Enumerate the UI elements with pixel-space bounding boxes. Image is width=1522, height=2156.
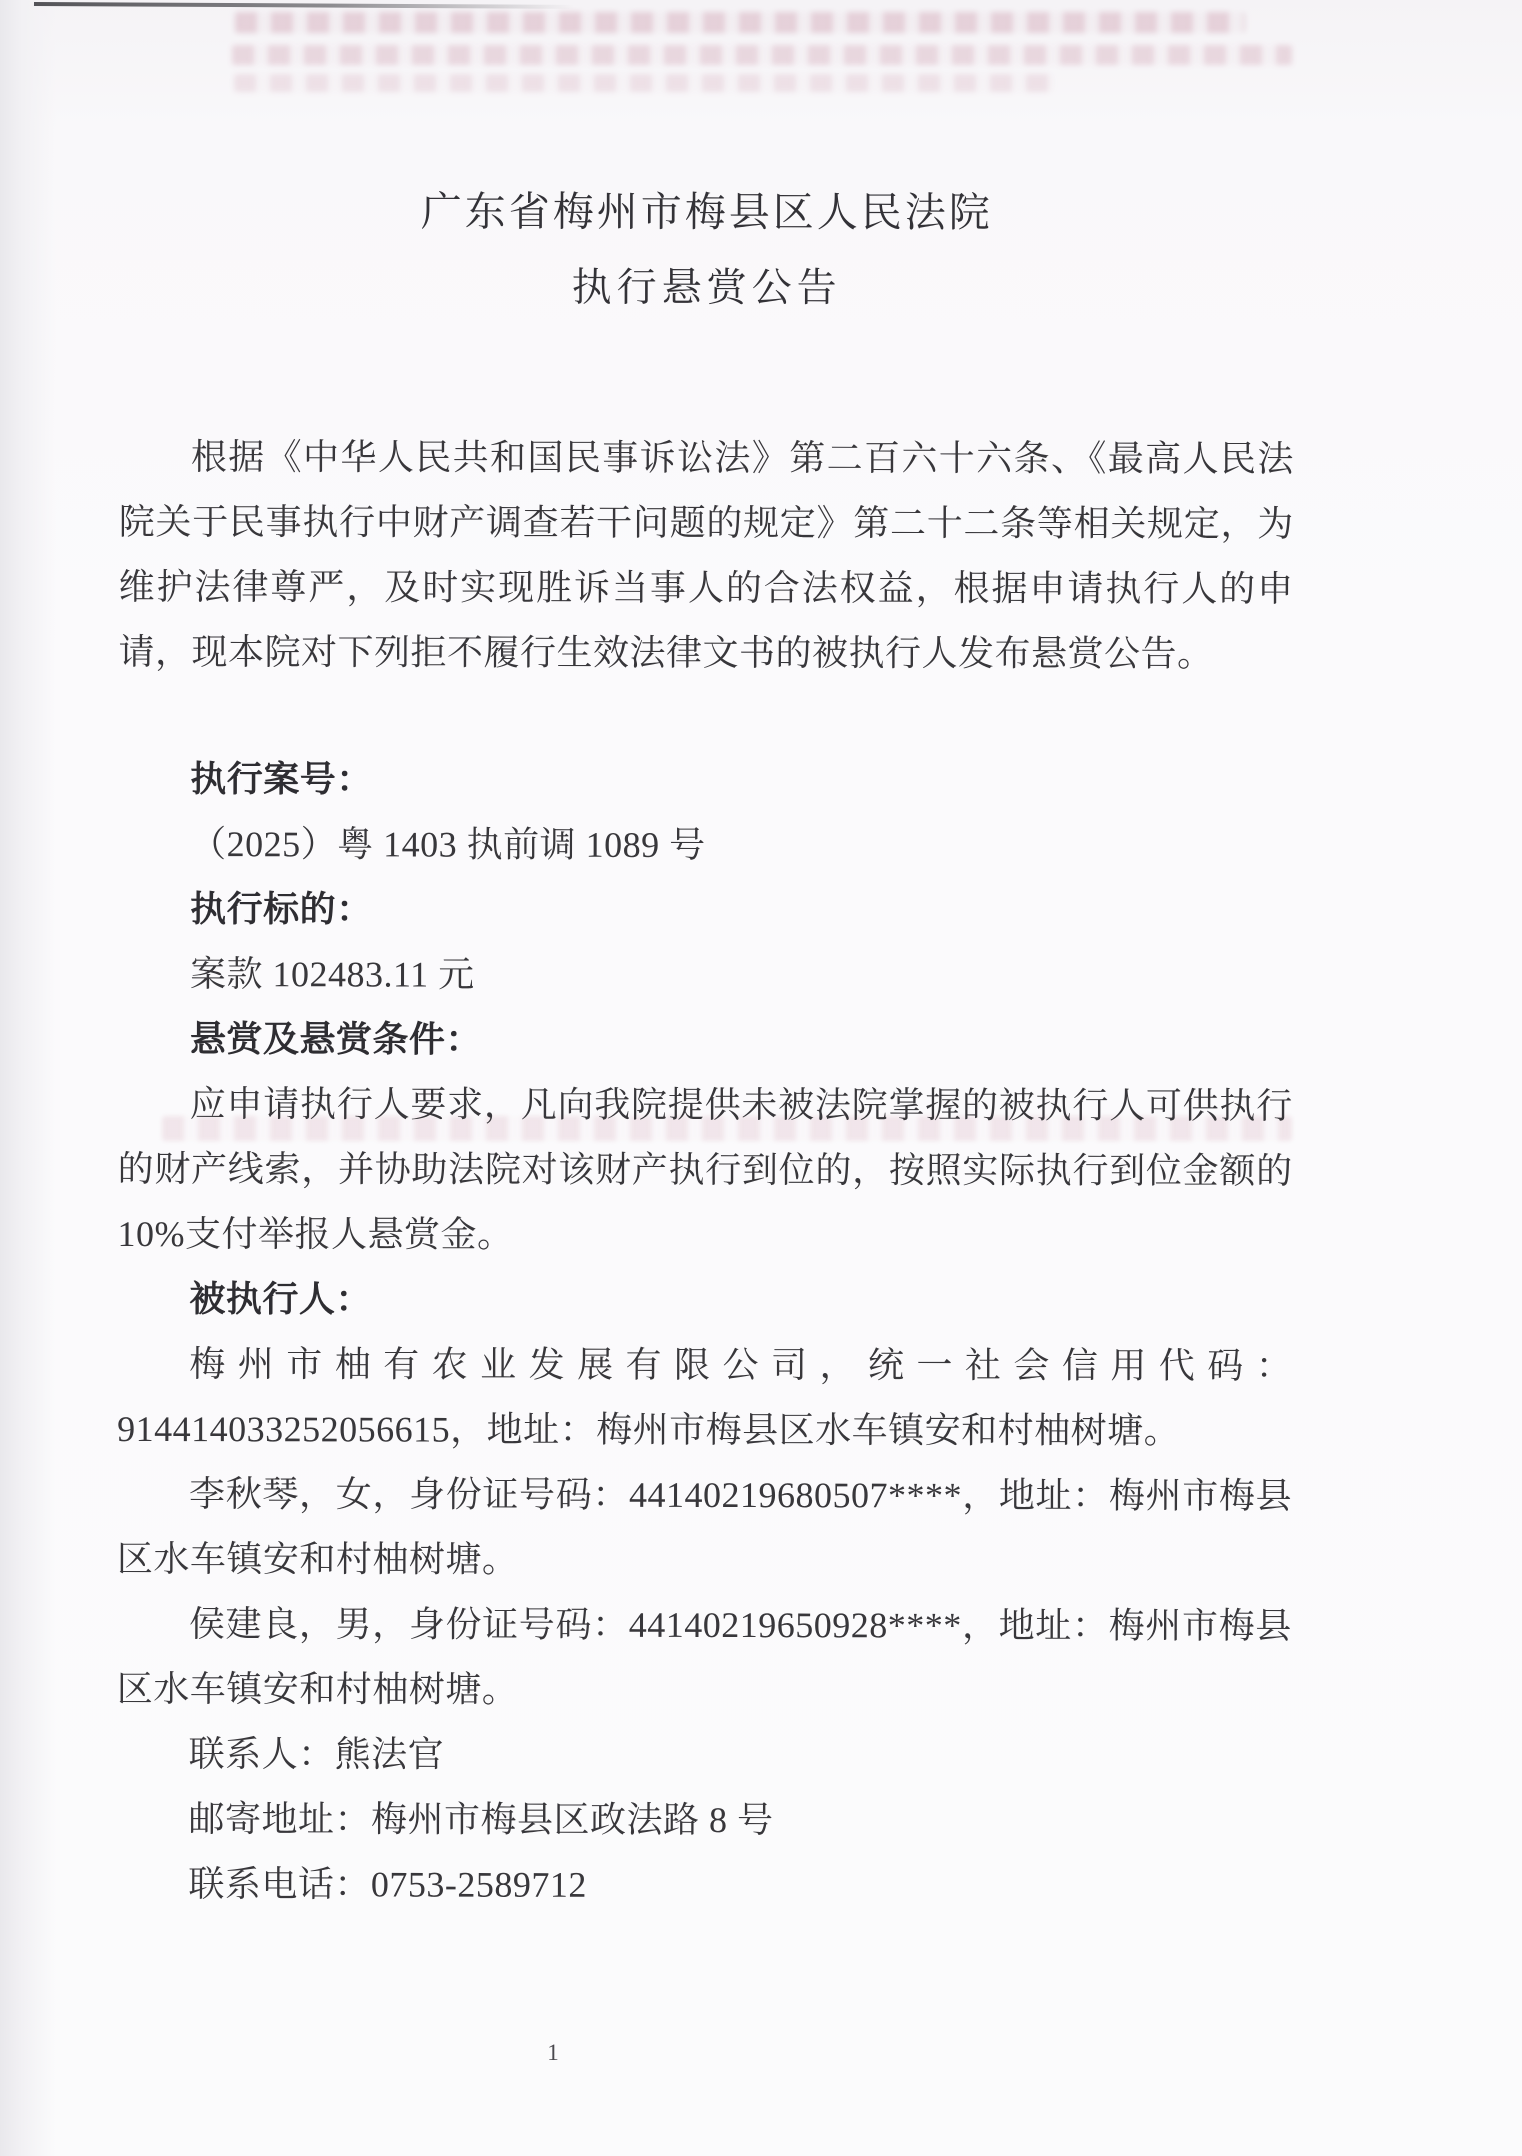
execution-target-value: 案款 102483.11 元 [118,942,1293,1009]
reward-conditions-text: 应申请执行人要求，凡向我院提供未被法院掌握的被执行人可供执行的财产线索，并协助法… [117,1072,1292,1269]
execution-target-label: 执行标的： [118,877,1293,944]
phone-line: 联系电话：0753-2589712 [116,1852,1291,1919]
executee-company: 梅州市柚有农业发展有限公司，统一社会信用代码：91441403325205661… [117,1332,1292,1464]
scanned-document-page: 广东省梅州市梅县区人民法院 执行悬赏公告 根据《中华人民共和国民事诉讼法》第二百… [0,0,1522,2156]
scanner-edge-band [0,0,56,2156]
intro-paragraph: 根据《中华人民共和国民事诉讼法》第二百六十六条、《最高人民法院关于民事执行中财产… [118,425,1293,687]
court-name-title: 广东省梅州市梅县区人民法院 [119,185,1294,239]
executee-person-2: 侯建良，男，身份证号码：44140219650928****，地址：梅州市梅县区… [117,1592,1292,1724]
mailing-address-line: 邮寄地址：梅州市梅县区政法路 8 号 [116,1787,1291,1854]
executee-label: 被执行人： [117,1267,1292,1334]
contact-person-line: 联系人：熊法官 [117,1722,1292,1789]
executee-person-1: 李秋琴，女，身份证号码：44140219680507****，地址：梅州市梅县区… [117,1462,1292,1594]
case-number-label: 执行案号： [118,747,1293,814]
reward-conditions-label: 悬赏及悬赏条件： [118,1007,1293,1074]
announcement-title: 执行悬赏公告 [119,261,1294,315]
case-number-value: （2025）粤 1403 执前调 1089 号 [118,812,1293,879]
document-content: 广东省梅州市梅县区人民法院 执行悬赏公告 根据《中华人民共和国民事诉讼法》第二百… [116,0,1294,1919]
page-number: 1 [528,2040,578,2066]
